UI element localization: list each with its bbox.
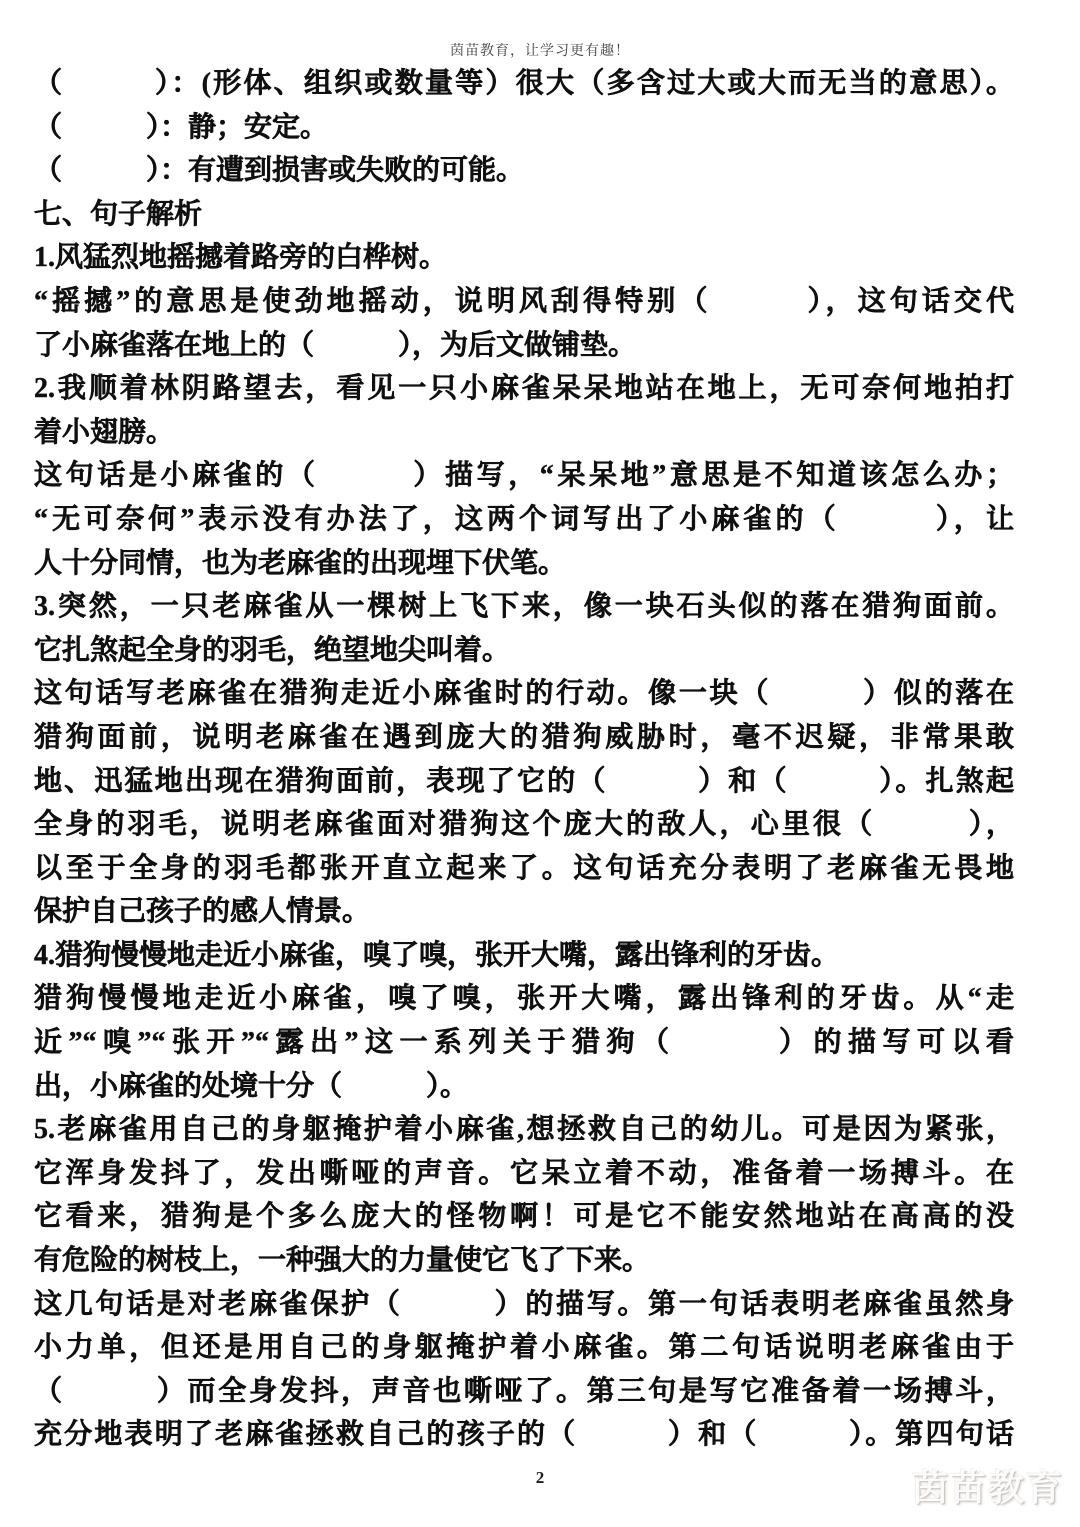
header-slogan: 茵苗教育，让学习更有趣！	[0, 40, 1080, 60]
text-line: 这几句话是对老麻雀保护（ ）的描写。第一句话表明老麻雀虽然身	[34, 1283, 1014, 1327]
section-heading: 七、句子解析	[34, 193, 1014, 237]
text-line: 出，小麻雀的处境十分（ ）。	[34, 1065, 1014, 1109]
text-line: 1.风猛烈地摇撼着路旁的白桦树。	[34, 236, 1014, 280]
text-line: 它浑身发抖了，发出嘶哑的声音。它呆立着不动，准备着一场搏斗。在	[34, 1152, 1014, 1196]
text-line: 有危险的树枝上，一种强大的力量使它飞了下来。	[34, 1239, 1014, 1283]
text-line: 这句话是小麻雀的（ ）描写，“呆呆地”意思是不知道该怎么办；	[34, 454, 1014, 498]
text-line: 地、迅猛地出现在猎狗面前，表现了它的（ ）和（ ）。扎煞起	[34, 760, 1014, 804]
text-line: （ ）：有遭到损害或失败的可能。	[34, 149, 1014, 193]
text-line: 4.猎狗慢慢地走近小麻雀，嗅了嗅，张开大嘴，露出锋利的牙齿。	[34, 934, 1014, 978]
watermark: 茵苗教育	[912, 1460, 1064, 1511]
text-line: 它看来，猎狗是个多么庞大的怪物啊！可是它不能安然地站在高高的没	[34, 1195, 1014, 1239]
text-line: （ ）而全身发抖，声音也嘶哑了。第三句是写它准备着一场搏斗，	[34, 1370, 1014, 1414]
text-line: 2.我顺着林阴路望去，看见一只小麻雀呆呆地站在地上，无可奈何地拍打	[34, 367, 1014, 411]
worksheet-page: 茵苗教育，让学习更有趣！ （ ）：(形体、组织或数量等）很大（多含过大或大而无当…	[0, 0, 1080, 1527]
text-line: （ ）：静；安定。	[34, 106, 1014, 150]
text-line: “摇撼”的意思是使劲地摇动，说明风刮得特别（ ），这句话交代	[34, 280, 1014, 324]
text-line: 猎狗慢慢地走近小麻雀，嗅了嗅，张开大嘴，露出锋利的牙齿。从“走	[34, 977, 1014, 1021]
text-line: 着小翅膀。	[34, 411, 1014, 455]
text-line: 这句话写老麻雀在猎狗走近小麻雀时的行动。像一块（ ）似的落在	[34, 672, 1014, 716]
text-line: 人十分同情，也为老麻雀的出现埋下伏笔。	[34, 542, 1014, 586]
text-line: 保护自己孩子的感人情景。	[34, 890, 1014, 934]
text-line: 充分地表明了老麻雀拯救自己的孩子的（ ）和（ ）。第四句话	[34, 1413, 1014, 1457]
text-line: 了小麻雀落在地上的（ ），为后文做铺垫。	[34, 324, 1014, 368]
text-line: 5.老麻雀用自己的身躯掩护着小麻雀,想拯救自己的幼儿。可是因为紧张，	[34, 1108, 1014, 1152]
text-line: 小力单，但还是用自己的身躯掩护着小麻雀。第二句话说明老麻雀由于	[34, 1326, 1014, 1370]
text-line: 猎狗面前，说明老麻雀在遇到庞大的猎狗威胁时，毫不迟疑，非常果敢	[34, 716, 1014, 760]
text-line: 它扎煞起全身的羽毛，绝望地尖叫着。	[34, 629, 1014, 673]
text-line: 以至于全身的羽毛都张开直立起来了。这句话充分表明了老麻雀无畏地	[34, 847, 1014, 891]
text-line: 3.突然，一只老麻雀从一棵树上飞下来，像一块石头似的落在猎狗面前。	[34, 585, 1014, 629]
text-line: （ ）：(形体、组织或数量等）很大（多含过大或大而无当的意思）。	[34, 62, 1014, 106]
text-line: “无可奈何”表示没有办法了，这两个词写出了小麻雀的（ ），让	[34, 498, 1014, 542]
text-line: 近”“嗅”“张开”“露出”这一系列关于猎狗（ ）的描写可以看	[34, 1021, 1014, 1065]
text-line: 全身的羽毛，说明老麻雀面对猎狗这个庞大的敌人，心里很（ ），	[34, 803, 1014, 847]
document-body: （ ）：(形体、组织或数量等）很大（多含过大或大而无当的意思）。 （ ）：静；安…	[34, 62, 1014, 1457]
